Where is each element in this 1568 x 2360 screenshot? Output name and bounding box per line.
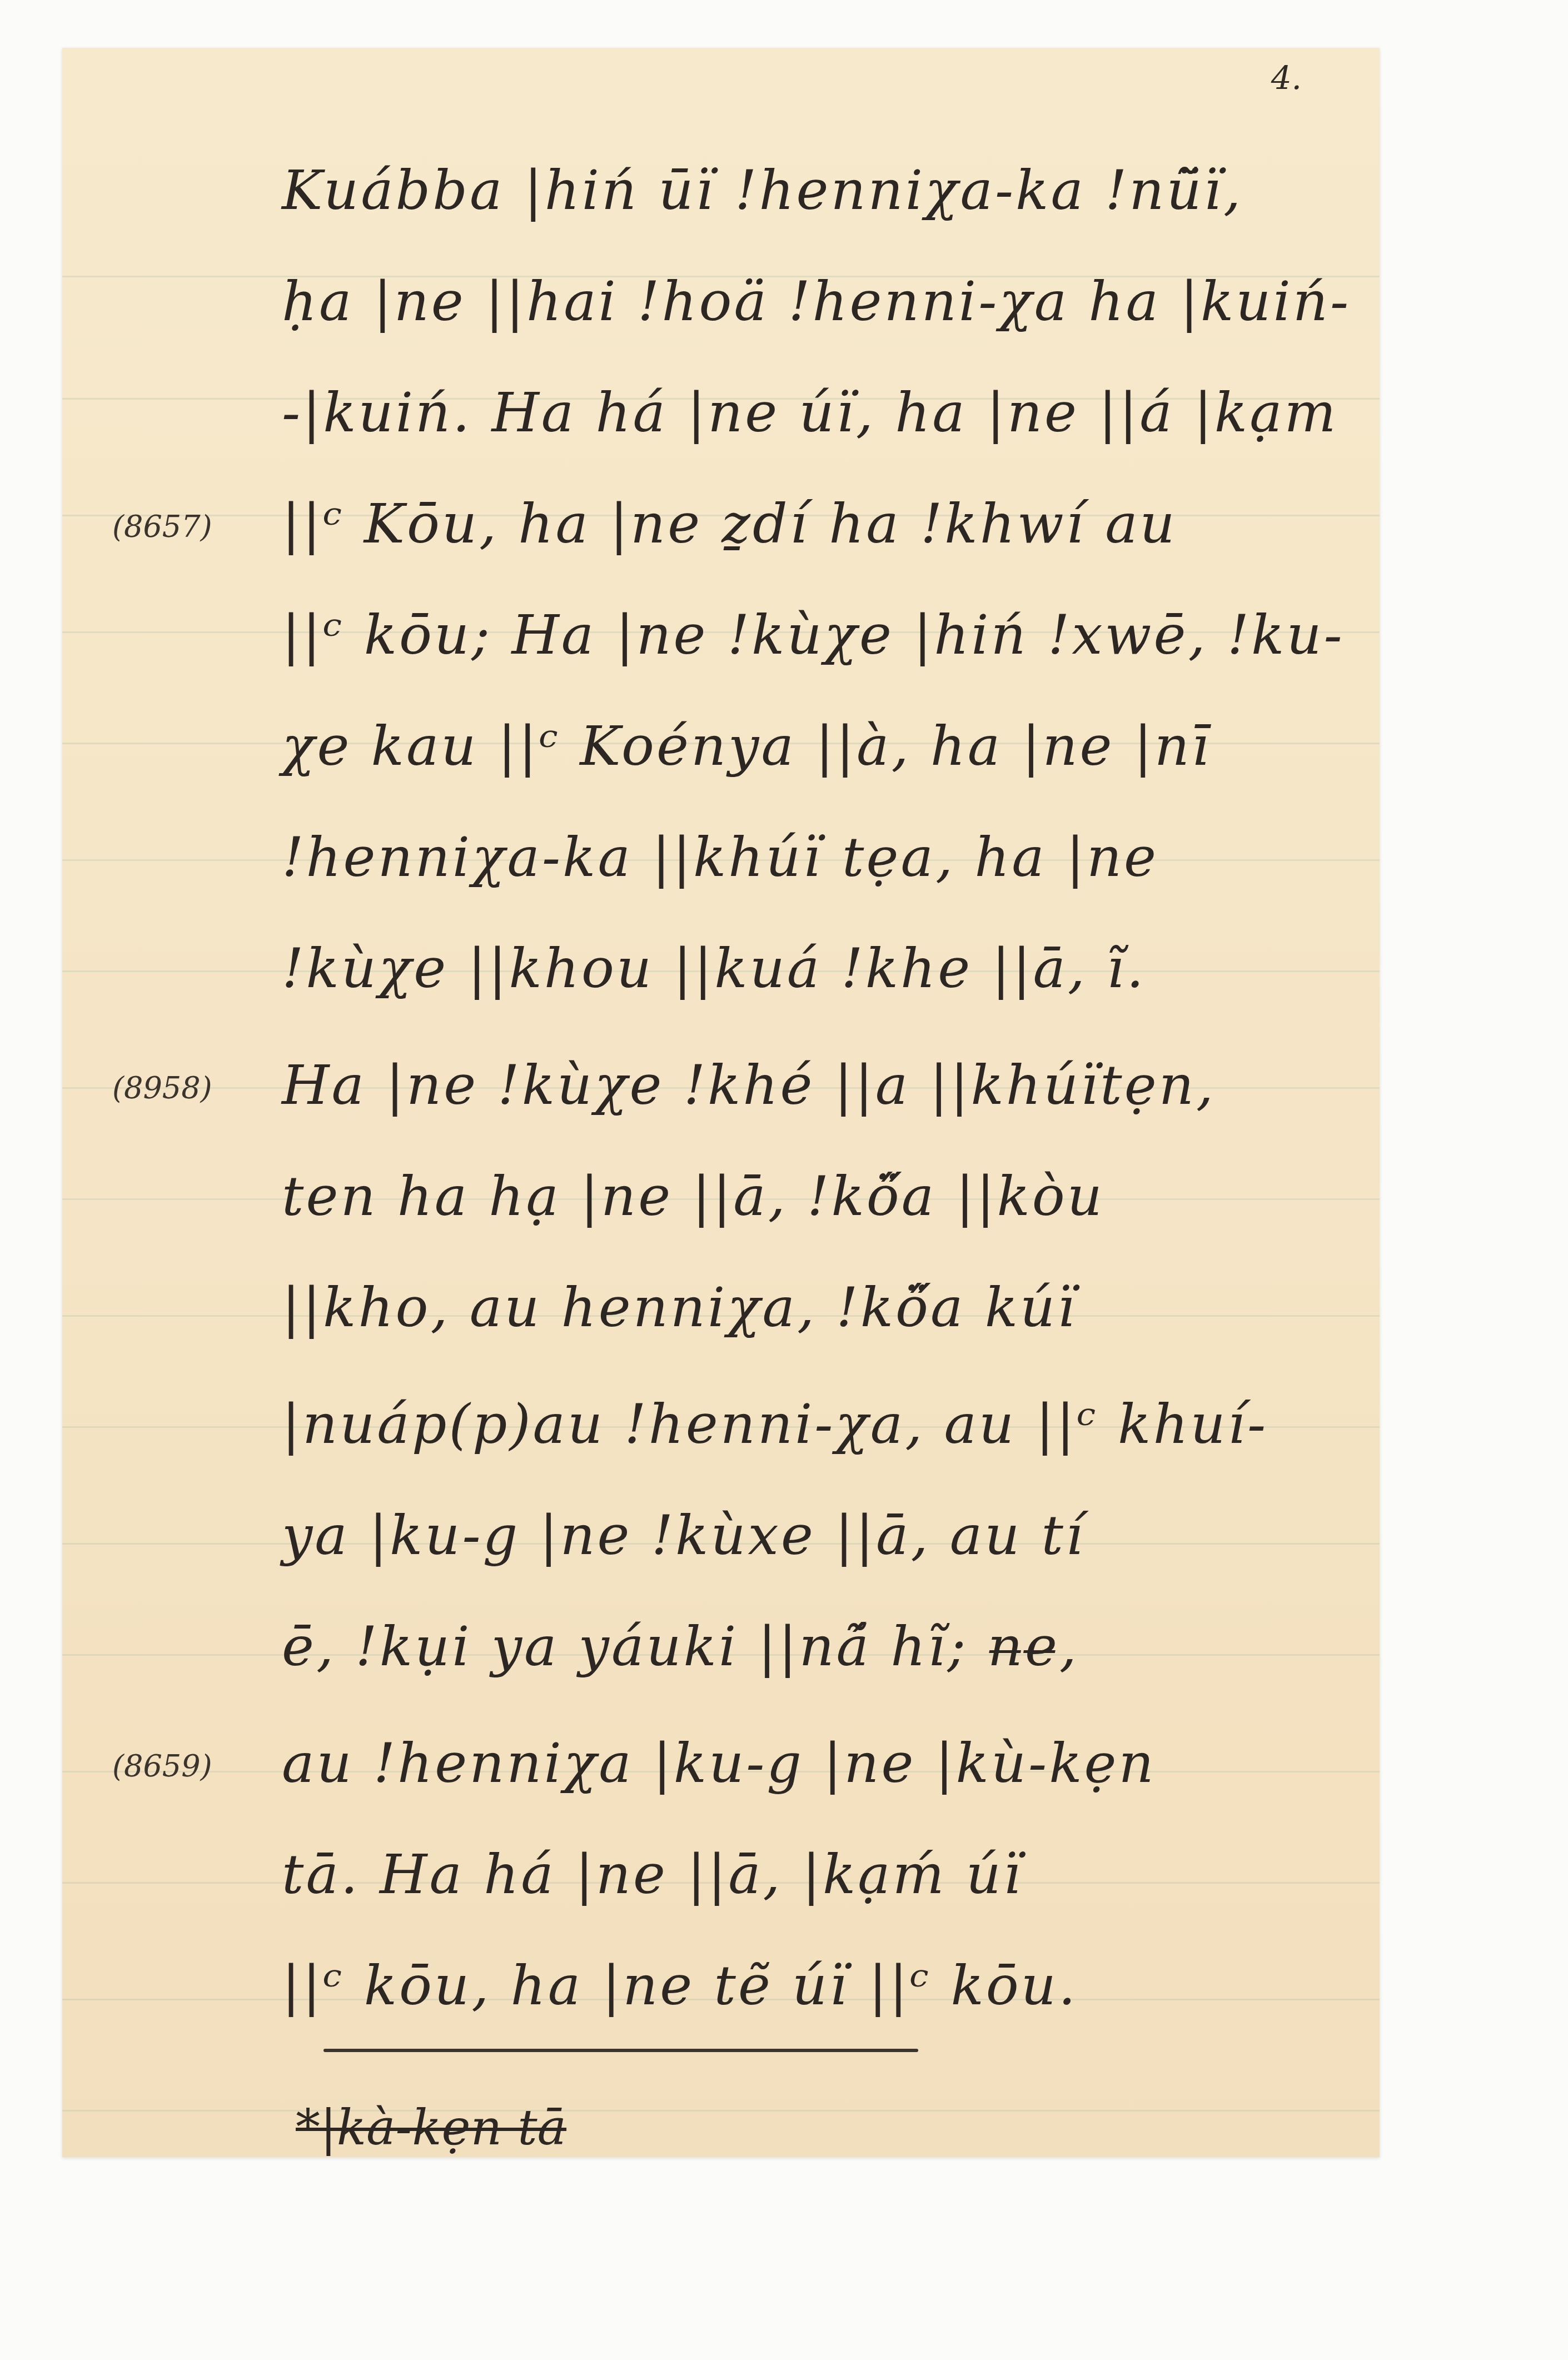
text-line: ya |ku-g |ne !kùxe ||ā, au tí xyxy=(282,1504,1335,1567)
margin-number: (8958) xyxy=(112,1071,212,1106)
text-line: |nuáp(p)au !henni-χa, au ||ᶜ khuí- xyxy=(282,1393,1335,1456)
page-number: 4. xyxy=(1271,59,1302,97)
margin-number: (8659) xyxy=(112,1749,212,1784)
text-line: tā. Ha há |ne ||ā, |kạḿ úï xyxy=(282,1843,1335,1906)
text-line: ||kho, au henniχa, !kő̈a kúï xyxy=(282,1276,1335,1340)
text-line: χe kau ||ᶜ Koénya ||à, ha |ne |nī xyxy=(282,715,1335,778)
manuscript-page: 4. Kuábba |hiń ūï !henniχa-ka !nũ̈ï, ḥa … xyxy=(62,48,1380,2157)
text-line: au !henniχa |ku-g |ne |kù-kẹn xyxy=(282,1732,1335,1795)
text-line: ten ha hạ |ne ||ā, !kő̈a ||kòu xyxy=(282,1165,1335,1228)
text-line: !henniχa-ka ||khúï tẹa, ha |ne xyxy=(282,826,1335,889)
text-line: Kuábba |hiń ūï !henniχa-ka !nũ̈ï, xyxy=(282,159,1335,222)
text-line: ||ᶜ Kōu, ha |ne ẕdí ha !khwí au xyxy=(282,492,1335,556)
ruled-line xyxy=(62,2110,1380,2112)
footnote-divider xyxy=(323,2049,918,2052)
footnote-text: *|kà-kẹn tā xyxy=(296,2099,566,2156)
text-line: ḥa |ne ||hai !hoä !henni-χa ha |kuiń- xyxy=(282,270,1335,333)
text-line: -|kuiń. Ha há |ne úï, ha |ne ||á |kạm xyxy=(282,381,1335,445)
text-line: ||ᶜ kōu; Ha |ne !kùχe |hiń !xwē, !ku- xyxy=(282,604,1335,667)
margin-number: (8657) xyxy=(112,509,212,544)
text-line: ē, !kụi ya yáuki ||nã́ hĩ; n̶e̶, xyxy=(282,1615,1335,1679)
text-line: Ha |ne !kùχe !khé ||a ||khúïtẹn, xyxy=(282,1054,1335,1117)
text-line: !kùχe ||khou ||kuá !khe ||ā, ĩ. xyxy=(282,937,1335,1000)
footnote: *|kà-kẹn tā xyxy=(296,2099,566,2156)
text-line: ||ᶜ kōu, ha |ne tẽ úï ||ᶜ kōu. xyxy=(282,1954,1335,2018)
